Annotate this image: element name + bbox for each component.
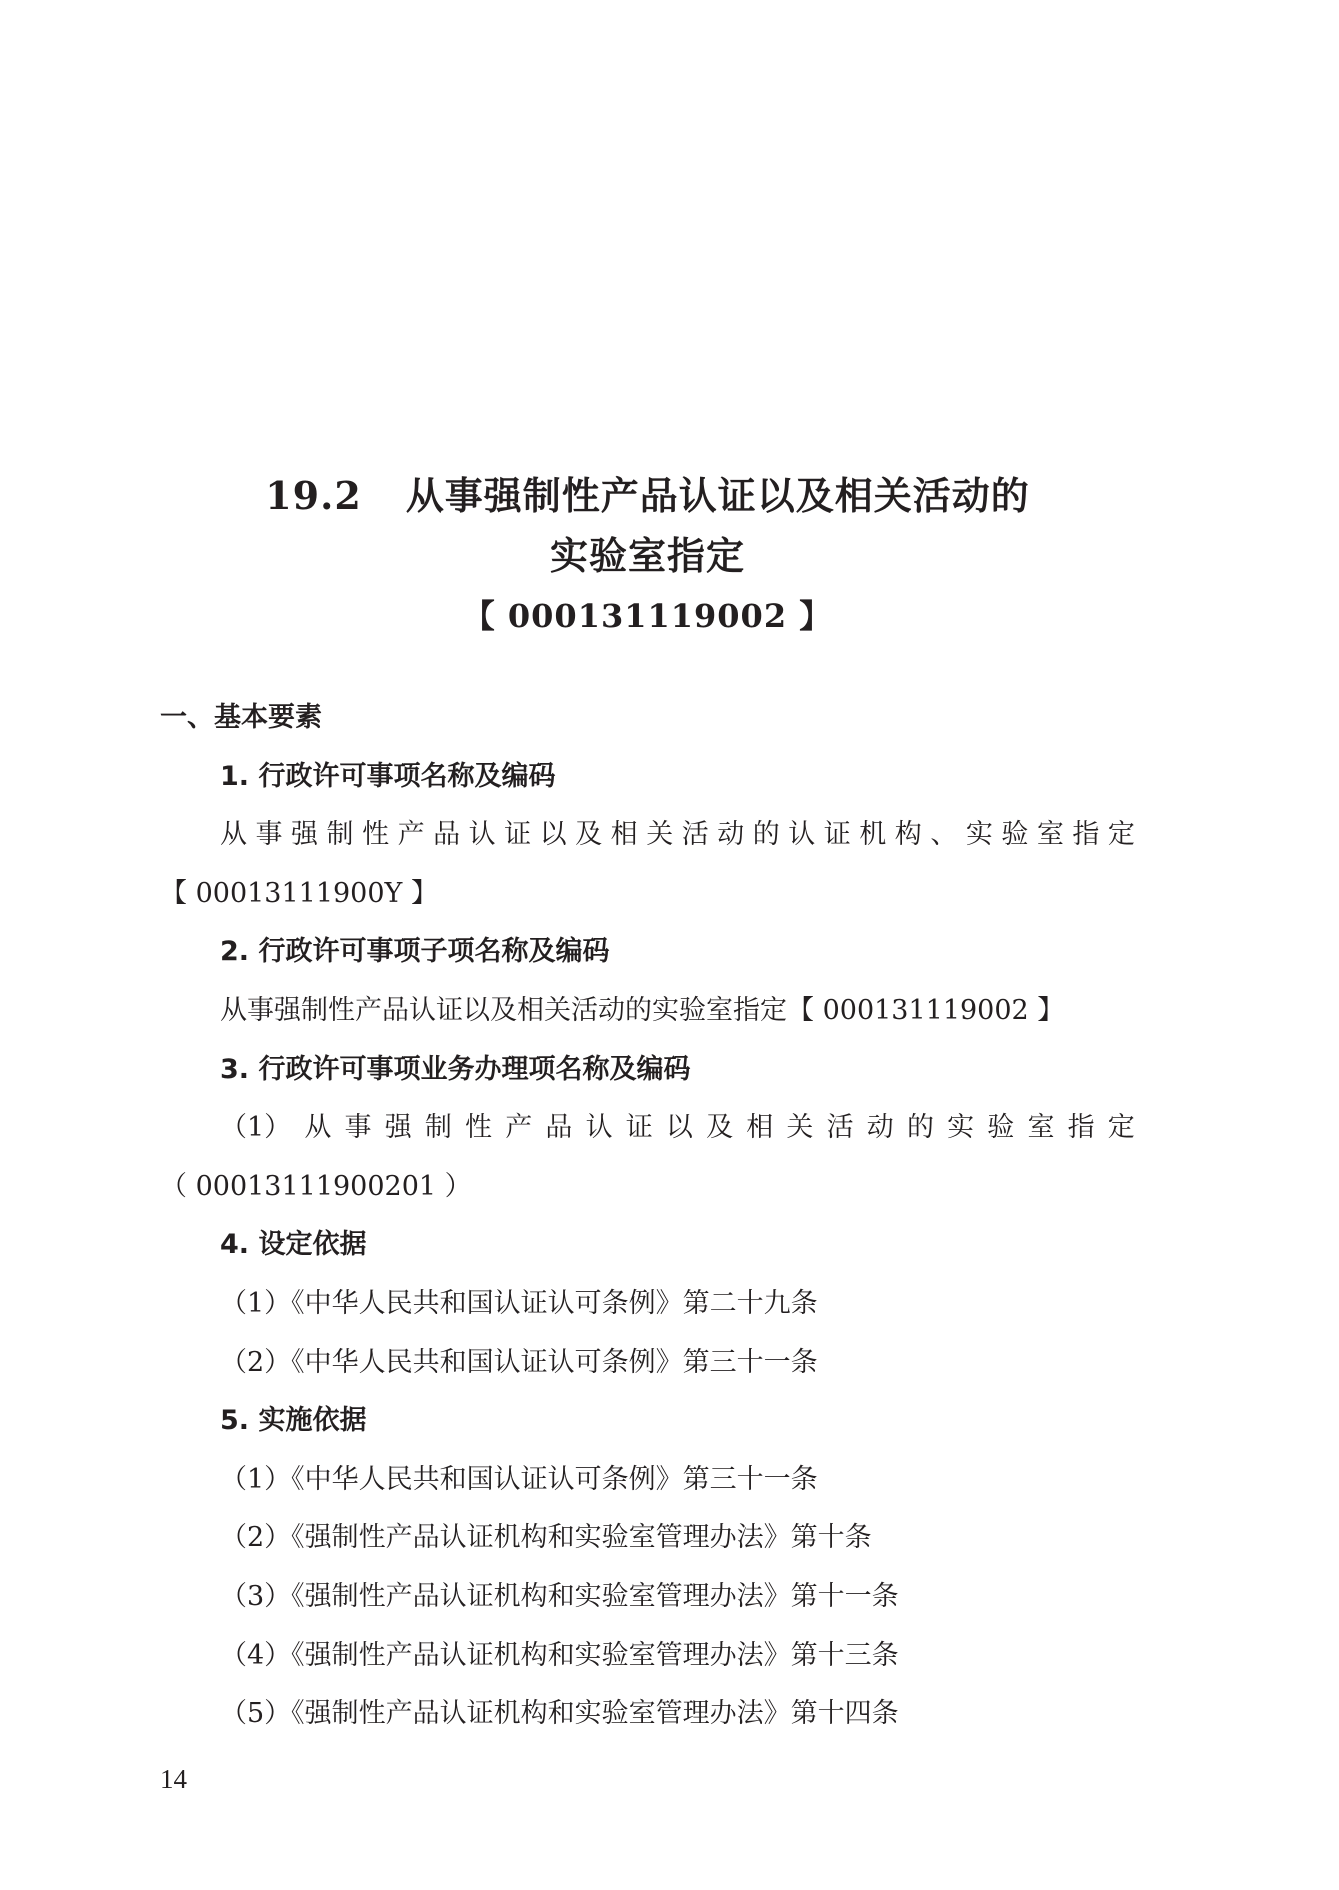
document-page: 19.2从事强制性产品认证以及相关活动的 实验室指定 【 00013111900… [0, 0, 1339, 1890]
item-3-line-1: （1）从事强制性产品认证以及相关活动的实验室指定 [160, 1108, 1135, 1167]
title-line-2: 实验室指定 [160, 526, 1135, 586]
glyph: 室 [1027, 1108, 1054, 1167]
glyph: 证 [824, 815, 851, 874]
glyph: 性 [362, 815, 389, 874]
item-heading-3: 3. 行政许可事项业务办理项名称及编码 [160, 1050, 1135, 1109]
glyph: 的 [907, 1108, 934, 1167]
item-5-line-5: （5）《强制性产品认证机构和实验室管理办法》第十四条 [160, 1694, 1135, 1753]
glyph: 证 [504, 815, 531, 874]
glyph: 相 [611, 815, 638, 874]
glyph: 室 [1037, 815, 1064, 874]
glyph: 构 [895, 815, 922, 874]
item-heading-1: 1. 行政许可事项名称及编码 [160, 757, 1135, 816]
title-block: 19.2从事强制性产品认证以及相关活动的 实验室指定 【 00013111900… [160, 466, 1135, 646]
document-body: 一、基本要素 1. 行政许可事项名称及编码 从事强制性产品认证以及相关活动的认证… [160, 698, 1135, 1753]
glyph: 关 [646, 815, 673, 874]
glyph: 相 [746, 1108, 773, 1167]
item-5-line-3: （3）《强制性产品认证机构和实验室管理办法》第十一条 [160, 1577, 1135, 1636]
item-heading-4: 4. 设定依据 [160, 1225, 1135, 1284]
glyph: 强 [291, 815, 318, 874]
title-text-line-1: 从事强制性产品认证以及相关活动的 [406, 473, 1030, 518]
section-number: 19.2 [265, 473, 362, 518]
item-4-line-1: （1）《中华人民共和国认证认可条例》第二十九条 [160, 1284, 1135, 1343]
item-5-line-4: （4）《强制性产品认证机构和实验室管理办法》第十三条 [160, 1636, 1135, 1695]
glyph: 验 [1001, 815, 1028, 874]
glyph: 品 [433, 815, 460, 874]
glyph: 验 [987, 1108, 1014, 1167]
item-5-line-2: （2）《强制性产品认证机构和实验室管理办法》第十条 [160, 1518, 1135, 1577]
item-1-line-1: 从事强制性产品认证以及相关活动的认证机构、实验室指定 [160, 815, 1135, 874]
item-heading-5: 5. 实施依据 [160, 1401, 1135, 1460]
glyph: 事 [345, 1108, 372, 1167]
title-code: 【 000131119002 】 [160, 586, 1135, 646]
glyph: 强 [385, 1108, 412, 1167]
glyph: 产 [398, 815, 425, 874]
glyph: 实 [966, 815, 993, 874]
glyph: 定 [1108, 1108, 1135, 1167]
glyph: 制 [327, 815, 354, 874]
glyph: 指 [1068, 1108, 1095, 1167]
item-4-line-2: （2）《中华人民共和国认证认可条例》第三十一条 [160, 1343, 1135, 1402]
glyph: 及 [706, 1108, 733, 1167]
glyph: 从 [220, 815, 247, 874]
glyph: 关 [786, 1108, 813, 1167]
glyph: 实 [947, 1108, 974, 1167]
glyph: （1） [220, 1108, 291, 1167]
section-heading: 一、基本要素 [160, 698, 1135, 757]
glyph: 事 [256, 815, 283, 874]
glyph: 认 [788, 815, 815, 874]
item-1-line-2: 【 00013111900Y 】 [160, 874, 1135, 933]
glyph: 及 [575, 815, 602, 874]
glyph: 动 [867, 1108, 894, 1167]
glyph: 活 [682, 815, 709, 874]
glyph: 以 [540, 815, 567, 874]
glyph: 认 [469, 815, 496, 874]
glyph: 机 [859, 815, 886, 874]
glyph: 产 [505, 1108, 532, 1167]
glyph: 制 [425, 1108, 452, 1167]
glyph: 以 [666, 1108, 693, 1167]
glyph: 活 [827, 1108, 854, 1167]
glyph: 指 [1072, 815, 1099, 874]
glyph: 品 [545, 1108, 572, 1167]
glyph: 的 [753, 815, 780, 874]
page-number: 14 [160, 1764, 187, 1795]
item-2-line-1: 从事强制性产品认证以及相关活动的实验室指定【 000131119002 】 [160, 991, 1135, 1050]
glyph: 证 [626, 1108, 653, 1167]
item-3-line-2: （ 00013111900201 ） [160, 1167, 1135, 1226]
item-heading-2: 2. 行政许可事项子项名称及编码 [160, 932, 1135, 991]
glyph: 性 [465, 1108, 492, 1167]
item-5-line-1: （1）《中华人民共和国认证认可条例》第三十一条 [160, 1460, 1135, 1519]
glyph: 定 [1108, 815, 1135, 874]
glyph: 从 [304, 1108, 331, 1167]
glyph: 、 [930, 815, 957, 874]
glyph: 动 [717, 815, 744, 874]
title-line-1: 19.2从事强制性产品认证以及相关活动的 [160, 466, 1135, 526]
glyph: 认 [586, 1108, 613, 1167]
